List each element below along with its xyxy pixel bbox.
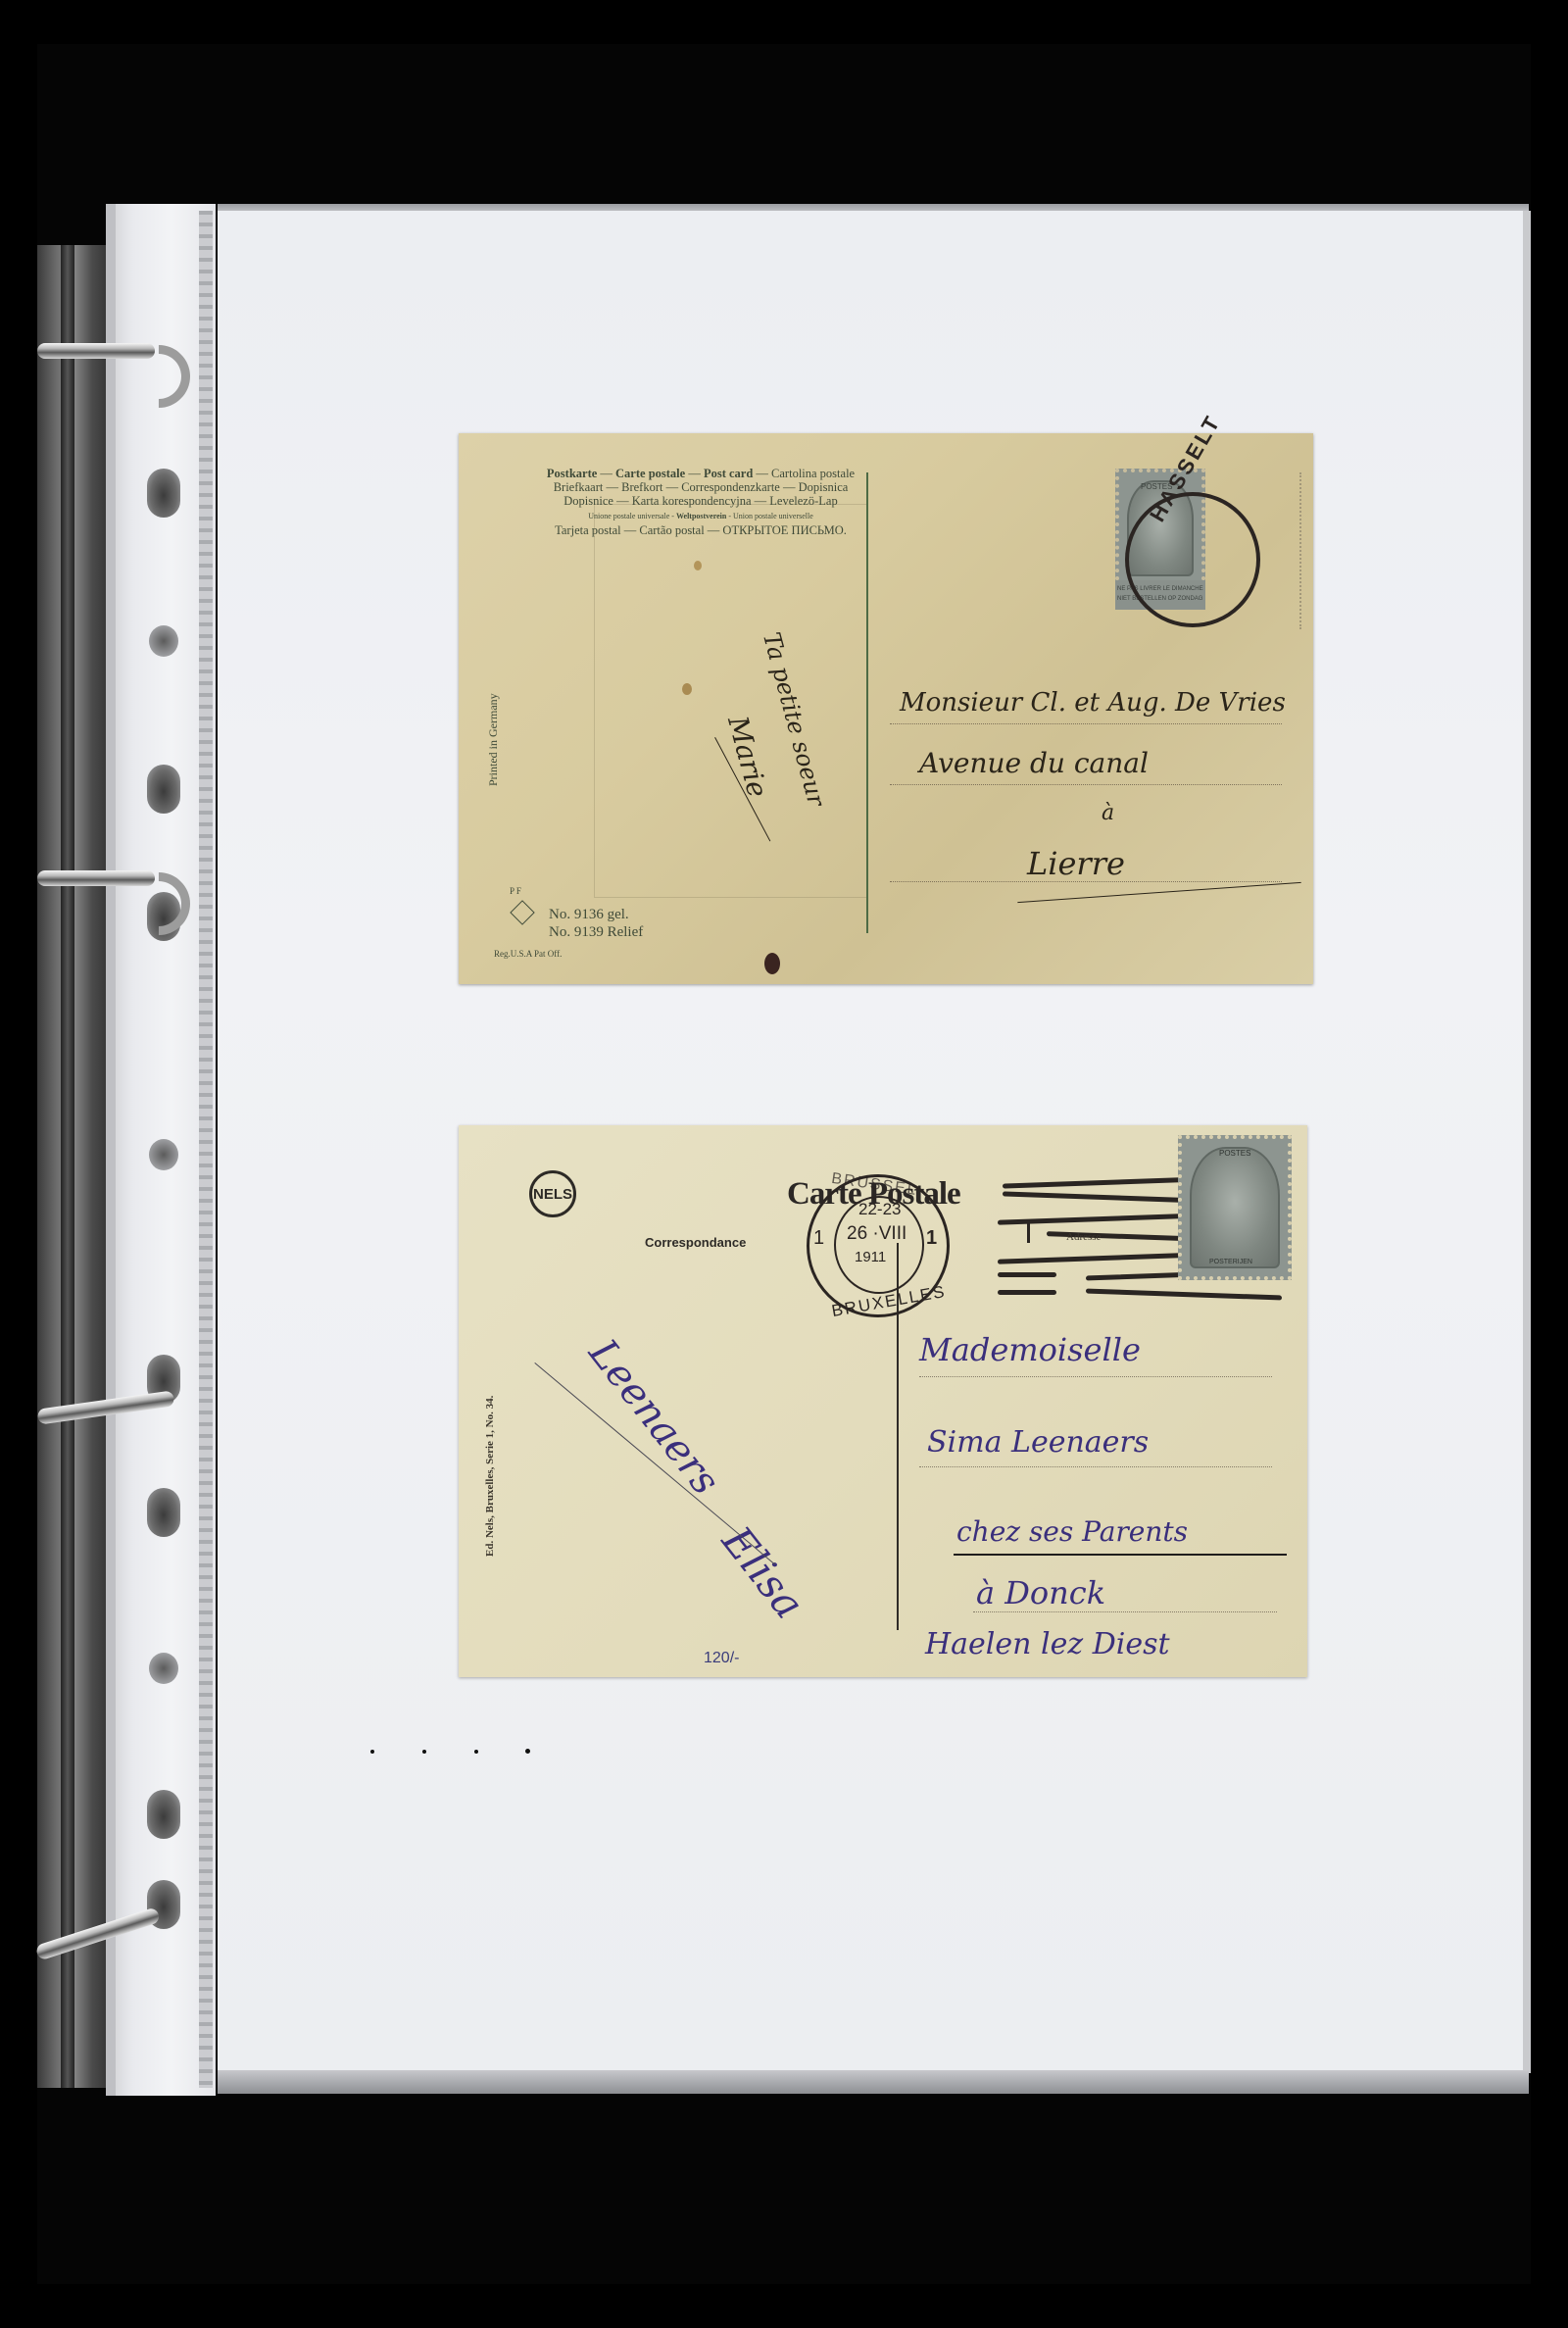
address-dotted-line [919, 1466, 1272, 1467]
punch-hole [147, 1790, 180, 1839]
punch-hole [147, 469, 180, 518]
stain [682, 683, 692, 695]
sleeve-right-edge [1523, 211, 1531, 2073]
postmark-time: 22-23 [858, 1200, 901, 1219]
printed-in-germany: Printed in Germany [486, 693, 501, 786]
address-dotted-line [973, 1611, 1277, 1612]
stain [694, 561, 702, 570]
recipient-region: Haelen lez Diest [925, 1627, 1170, 1661]
header-line: Unione postale universale - Weltpostvere… [510, 508, 892, 523]
binder-mechanism [61, 245, 74, 2088]
header-text: - Union postale universelle [726, 512, 812, 520]
cancel-bar-mark [1027, 1223, 1030, 1243]
postcard-1-message-frame [594, 504, 868, 898]
punch-hole [147, 1488, 180, 1537]
page-dot [474, 1750, 478, 1754]
address-line-3: à [1102, 801, 1114, 825]
address-dotted-line [890, 881, 1282, 882]
postcard-1: Postkarte — Carte postale — Post card — … [459, 433, 1313, 984]
address-dotted-line [890, 784, 1282, 785]
pencil-price-note: 120/- [704, 1650, 739, 1667]
postmark-date: 26 ·VIII [847, 1223, 906, 1245]
address-label: Adresse [1066, 1231, 1101, 1243]
recipient-care-of: chez ses Parents [956, 1515, 1188, 1548]
header-text: — [685, 467, 704, 480]
correspondence-label: Correspondance [645, 1235, 746, 1250]
header-line: Postkarte — Carte postale — Post card — … [510, 467, 892, 480]
header-text: Post card [704, 467, 753, 480]
punch-hole [147, 765, 180, 814]
header-text: — Cartolina postale [753, 467, 855, 480]
publisher-credit: Ed. Nels, Bruxelles, Serie 1, No. 34. [484, 1396, 496, 1557]
page-dot [422, 1750, 426, 1754]
postcard-2-stamp: POSTES POSTERIJEN [1178, 1135, 1292, 1280]
wavy-cancel-line [1086, 1289, 1282, 1301]
stamp-bottom-text: POSTERIJEN [1209, 1259, 1252, 1265]
page-dot [525, 1749, 530, 1754]
sender-firstname: Elisa [712, 1517, 813, 1627]
header-text: Postkarte [547, 467, 597, 480]
header-line: Tarjeta postal — Cartão postal — ОТКРЫТО… [510, 523, 892, 537]
publisher-logo-icon [510, 900, 534, 924]
address-line-1: Monsieur Cl. et Aug. De Vries [900, 688, 1286, 718]
address-line-2: Avenue du canal [919, 747, 1149, 779]
stamp-coat-of-arms [1190, 1147, 1280, 1268]
header-line: Dopisnice — Karta korespondencyjna — Lev… [510, 494, 892, 508]
recipient-name: Sima Leenaers [927, 1425, 1149, 1460]
wavy-cancel-line [998, 1272, 1056, 1277]
ink-blot [764, 953, 780, 974]
punch-hole [149, 1139, 178, 1170]
header-text: Weltpostverein [676, 512, 726, 520]
sleeve-edge [106, 204, 116, 2096]
care-of-underline [954, 1554, 1287, 1556]
registration-note: Reg.U.S.A Pat Off. [494, 949, 562, 959]
punch-hole [149, 625, 178, 657]
header-text: Tarjeta postal — Cartão postal — ОТКРЫТО… [555, 523, 847, 537]
punch-hole [149, 1653, 178, 1684]
catalog-number-2: No. 9139 Relief [549, 923, 643, 941]
binder-spine [37, 245, 116, 2088]
postcard-1-divider [866, 472, 868, 933]
publisher-mark: P F [510, 886, 521, 896]
catalog-number-1: No. 9136 gel. [549, 906, 629, 923]
header-text: Dopisnice — Karta korespondencyjna — Lev… [563, 494, 837, 508]
stamp-box-dotted-edge [1299, 472, 1303, 629]
address-dotted-line [890, 723, 1282, 724]
postcard-2: NELS Correspondance Carte Postale Ed. Ne… [459, 1125, 1307, 1677]
header-text: Briefkaart — Brefkort — Correspondenzkar… [554, 480, 849, 494]
stamp-top-text: POSTES [1219, 1149, 1250, 1158]
address-underline [1017, 882, 1300, 903]
page-dot [370, 1750, 374, 1754]
recipient-town: à Donck [976, 1574, 1105, 1611]
nels-logo: NELS [529, 1170, 576, 1217]
postmark-year: 1911 [855, 1249, 886, 1265]
sender-surname: Leenaers [580, 1331, 728, 1504]
address-line-4: Lierre [1027, 845, 1125, 882]
postmark-side-number-left: 1 [813, 1227, 824, 1250]
header-text: Unione postale universale - [588, 512, 676, 520]
postcard-1-multilingual-header: Postkarte — Carte postale — Post card — … [510, 467, 892, 537]
wavy-cancel-line [998, 1290, 1056, 1295]
sleeve-weld-strip [199, 211, 213, 2088]
address-dotted-line [919, 1376, 1272, 1377]
recipient-title: Mademoiselle [919, 1331, 1141, 1368]
header-line: Briefkaart — Brefkort — Correspondenzkar… [510, 480, 892, 494]
postmark-side-number-right: 1 [926, 1227, 937, 1250]
header-text: — [597, 467, 615, 480]
sleeve-bottom-edge [218, 2070, 1529, 2094]
header-text: Carte postale [615, 467, 685, 480]
